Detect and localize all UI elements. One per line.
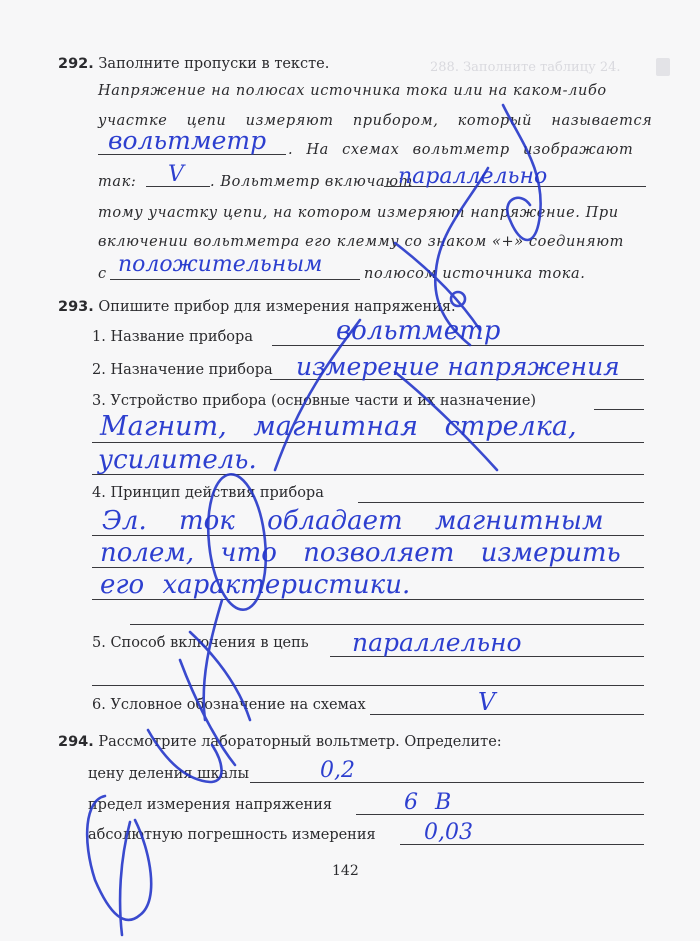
handwritten-answer: параллельно bbox=[398, 166, 547, 188]
task-292-heading: 292. Заполните пропуски в тексте. bbox=[58, 55, 329, 73]
handwritten-answer: 0,2 bbox=[320, 760, 355, 782]
handwritten-answer: полем, что позволяет измерить bbox=[100, 540, 621, 566]
task-title: Заполните пропуски в тексте. bbox=[98, 56, 329, 72]
bleed-through-header: 288. Заполните таблицу 24. bbox=[430, 60, 621, 75]
handwritten-answer: вольтметр bbox=[336, 318, 500, 344]
task-293-heading: 293. Опишите прибор для измерения напряж… bbox=[58, 298, 456, 316]
text-line: Напряжение на полюсах источника тока или… bbox=[98, 82, 607, 100]
page-number: 142 bbox=[332, 862, 359, 880]
handwritten-answer: его характеристики. bbox=[100, 572, 410, 598]
task-number: 293. bbox=[58, 299, 94, 315]
corner-mark bbox=[656, 58, 670, 76]
answer-blank bbox=[130, 624, 644, 625]
handwritten-answer: положительным bbox=[118, 254, 322, 276]
answer-blank bbox=[356, 814, 644, 815]
text-line: полюсом источника тока. bbox=[364, 265, 586, 283]
item-label: 1. Название прибора bbox=[92, 328, 253, 346]
handwritten-answer: V bbox=[168, 164, 184, 186]
handwritten-answer: измерение напряжения bbox=[296, 354, 620, 379]
task-number: 294. bbox=[58, 734, 94, 750]
item-label: предел измерения напряжения bbox=[88, 796, 332, 814]
item-label: 2. Назначение прибора bbox=[92, 361, 273, 379]
text-line: тому участку цепи, на котором измеряют н… bbox=[98, 204, 619, 222]
answer-blank bbox=[250, 782, 644, 783]
item-label: 4. Принцип действия прибора bbox=[92, 484, 324, 502]
handwritten-answer: параллельно bbox=[352, 630, 522, 655]
item-label: абсолютную погрешность измерения bbox=[88, 826, 376, 844]
task-294-heading: 294. Рассмотрите лабораторный вольтметр.… bbox=[58, 733, 502, 751]
task-title: Опишите прибор для измерения напряжения. bbox=[98, 299, 455, 315]
answer-blank bbox=[594, 409, 644, 410]
task-title: Рассмотрите лабораторный вольтметр. Опре… bbox=[98, 734, 501, 750]
text-line: с bbox=[98, 265, 107, 283]
handwritten-answer: V bbox=[478, 690, 495, 714]
handwritten-answer: Эл. ток обладает магнитным bbox=[102, 508, 604, 534]
item-label: 3. Устройство прибора (основные части и … bbox=[92, 392, 536, 410]
item-label: цену деления шкалы bbox=[88, 765, 249, 783]
text-line: . На схемах вольтметр изображают bbox=[288, 141, 633, 159]
handwritten-answer: 6 В bbox=[404, 792, 451, 814]
handwritten-answer: усилитель. bbox=[98, 447, 257, 473]
answer-blank bbox=[358, 502, 644, 503]
text-line: включении вольтметра его клемму со знако… bbox=[98, 233, 624, 251]
item-label: 5. Способ включения в цепь bbox=[92, 634, 309, 652]
answer-blank bbox=[370, 714, 644, 715]
handwritten-answer: 0,03 bbox=[424, 822, 473, 844]
handwritten-answer: вольтметр bbox=[108, 128, 266, 153]
item-label: 6. Условное обозначение на схемах bbox=[92, 696, 366, 714]
text-line: . Вольтметр включают bbox=[210, 173, 413, 191]
answer-blank bbox=[92, 442, 644, 443]
answer-blank bbox=[110, 279, 360, 280]
task-number: 292. bbox=[58, 56, 94, 72]
text-line: так: bbox=[98, 173, 136, 191]
handwritten-answer: Магнит, магнитная стрелка, bbox=[100, 413, 577, 440]
workbook-page: 288. Заполните таблицу 24. 292. Заполнит… bbox=[0, 0, 700, 941]
answer-blank bbox=[92, 685, 644, 686]
